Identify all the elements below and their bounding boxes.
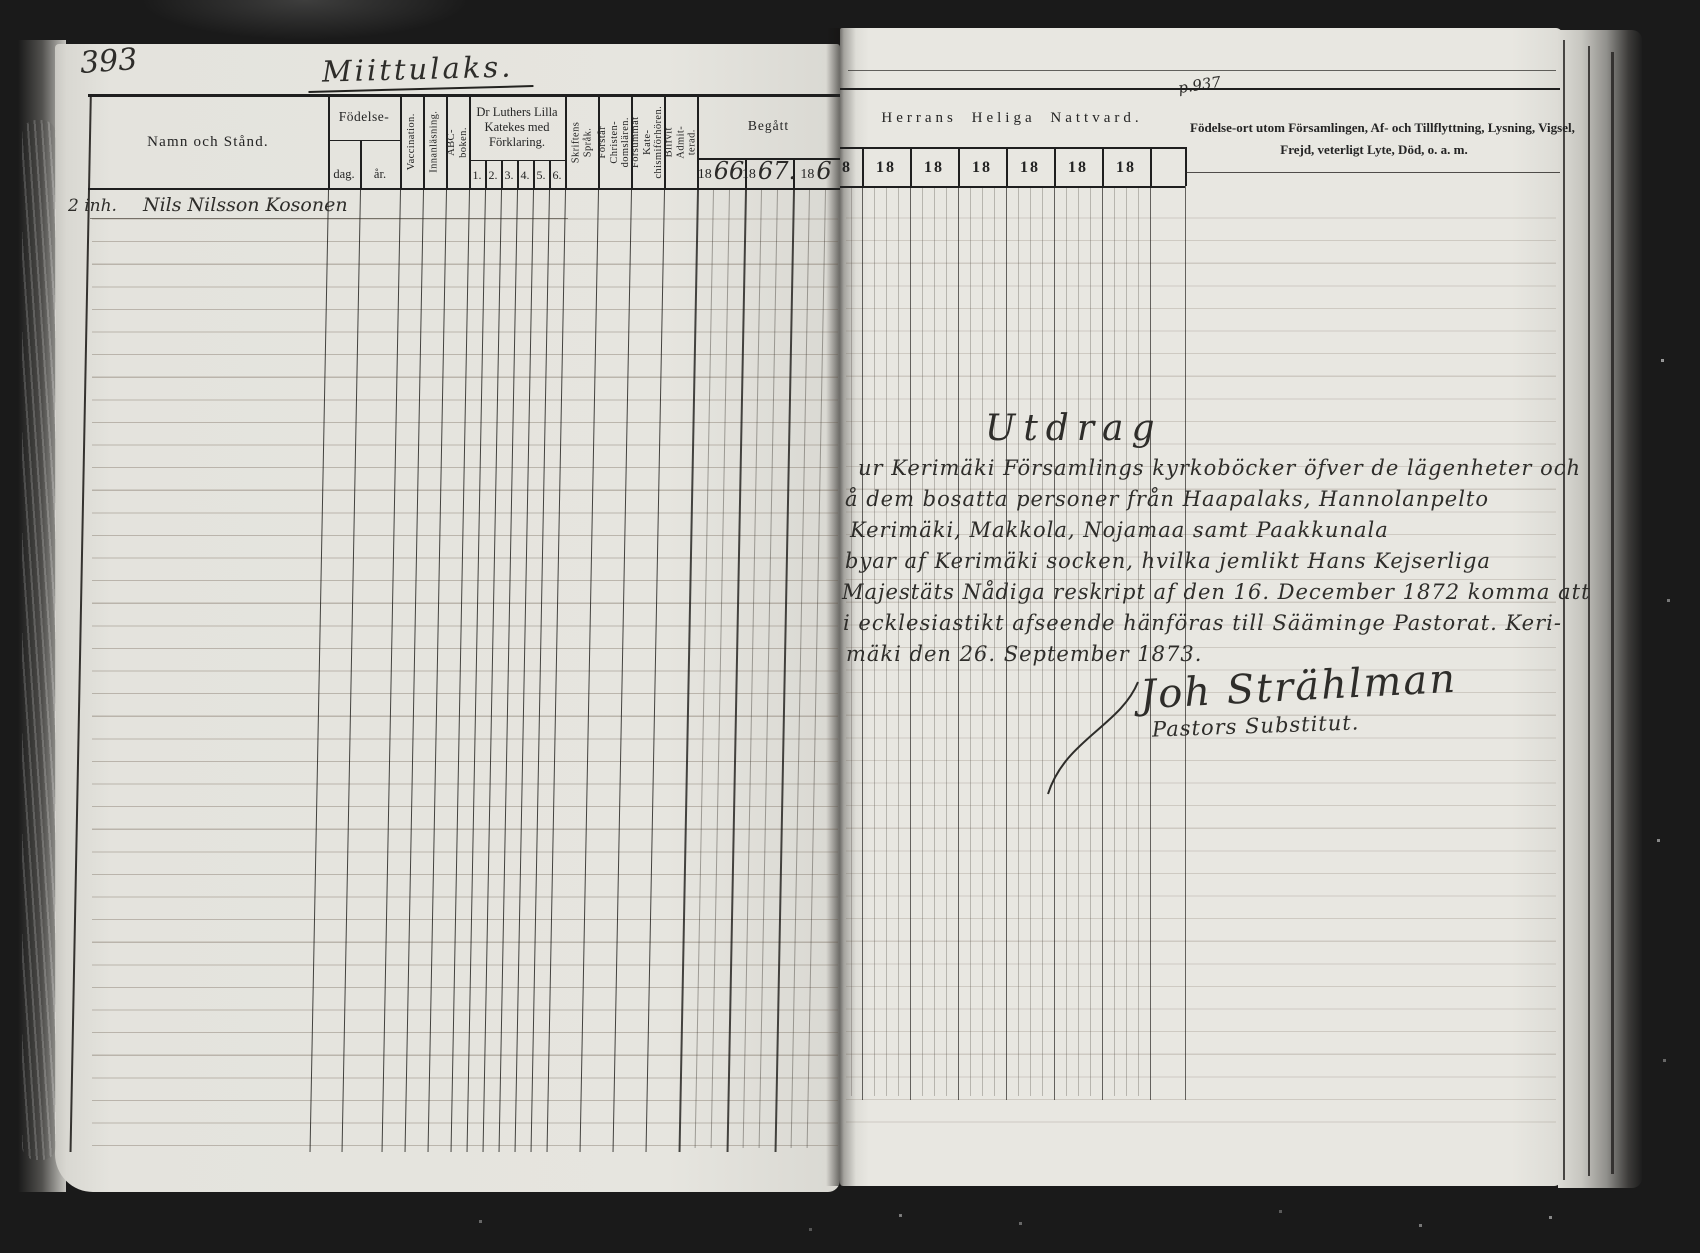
dust-specks-right [1662,360,1663,361]
page-stack-line [1563,40,1565,1180]
communion-year-cell: 1866 [697,159,745,188]
page-stack-edge [1558,30,1642,1188]
manuscript-line: i ecklesiastikt afseende hänföras till S… [843,611,1562,635]
column-header-vaccination: Vaccination. [400,94,423,190]
nattvard-year-cell: 18 [1054,151,1102,185]
year-printed: 18 [742,167,756,183]
catechism-col-label: 5. [533,162,549,188]
year-handwritten: 66 [714,157,745,185]
register-entry-row: 2 inh.Nils Nilsson Kosonen [68,194,348,216]
column-header-understands: Förstår Christen- domslären. [598,94,631,190]
catechism-line2: Katekes med [485,120,550,135]
spine-texture [22,120,56,1160]
catechism-col-label: 6. [549,162,565,188]
column-header-name: Namn och Stånd. [88,94,328,190]
column-header-communion-right: Herrans Heliga Nattvard. [862,92,1162,144]
nattvard-year-cell: 18 [958,151,1006,185]
nattvard-year-cell: 18 [1102,151,1150,185]
communion-year-cell: 1867. [745,159,793,188]
manuscript-line: byar af Kerimäki socken, hvilka jemlikt … [845,549,1491,573]
column-header-understands-label: Förstår Christen- domslären. [597,117,632,167]
column-header-communion-group: Begått [697,94,840,158]
column-header-birth-group: Födelse- [328,94,400,140]
column-header-missed-label: Försummat Kate- chismiförhören. [630,106,665,179]
year-handwritten: 6 [816,157,831,185]
catechism-col-label: 1. [469,162,485,188]
entry-name: Nils Nilsson Kosonen [143,194,348,216]
catechism-col-label: 4. [517,162,533,188]
grid-line [840,88,1560,90]
grid-line [1185,172,1560,173]
manuscript-line: mäki den 26. September 1873. [846,642,1202,666]
manuscript-line: ur Kerimäki Församlings kyrkoböcker öfve… [858,456,1581,480]
column-header-abc-book-label: ABC-boken. [446,127,469,158]
grid-line [848,70,1556,71]
dust-specks [900,1215,901,1216]
column-header-scripture: Skriftens Språk. [565,94,598,190]
photo-smudge [140,0,470,40]
column-header-birth-day: dag. [328,140,360,190]
column-header-reading: Innanläsning. [423,94,446,190]
page-number-left: 393 [79,42,139,81]
manuscript-title: Utdrag [985,408,1163,449]
column-header-vaccination-label: Vaccination. [406,114,418,171]
village-heading: Miittulaks. [308,49,534,93]
notes-header-line2: Frejd, veterligt Lyte, Död, o. a. m. [1190,139,1558,161]
entry-underline [90,218,568,219]
communion-year-cell: 186 [793,159,839,188]
nattvard-year-cell: 18 [862,151,910,185]
manuscript-line: Majestäts Nådiga reskript af den 16. Dec… [842,580,1591,604]
manuscript-line: å dem bosatta personer från Haapalaks, H… [845,487,1489,511]
column-header-missed-catechism: Försummat Kate- chismiförhören. [631,94,664,190]
nattvard-year-cell: 8 [840,151,862,185]
manuscript-line: Kerimäki, Makkola, Nojamaa samt Paakkuna… [850,518,1389,542]
column-header-admitted: Blifvit Admit- terad. [664,94,697,190]
catechism-col-label: 3. [501,162,517,188]
column-header-catechism-group: Dr Luthers Lilla Katekes med Förklaring. [469,94,565,160]
signature-flourish [1010,668,1180,808]
entry-prefix: 2 inh. [68,196,117,216]
year-handwritten: 67. [758,157,796,185]
page-stack-line [1588,46,1590,1176]
year-printed: 18 [800,167,814,183]
column-header-admitted-label: Blifvit Admit- terad. [663,126,698,159]
catechism-col-label: 2. [485,162,501,188]
grid-line [840,147,1185,149]
nattvard-year-cell: 18 [910,151,958,185]
column-header-birth-year: år. [360,140,400,190]
column-header-abc-book: ABC-boken. [446,94,469,190]
page-stack-line [1611,52,1614,1174]
catechism-line1: Dr Luthers Lilla [476,105,557,120]
left-page-ruled-lines [92,197,838,1149]
notes-column-header: Födelse-ort utom Församlingen, Af- och T… [1190,117,1558,161]
year-printed: 18 [698,167,712,183]
nattvard-year-cell: 18 [1006,151,1054,185]
column-header-reading-label: Innanläsning. [429,111,441,173]
scanned-book-spread: 393 Miittulaks. p.937 Namn och Stånd. Fö… [0,0,1700,1253]
column-header-scripture-label: Skriftens Språk. [570,121,593,163]
grid-line [840,186,1185,188]
catechism-line3: Förklaring. [489,135,545,150]
notes-header-line1: Födelse-ort utom Församlingen, Af- och T… [1190,117,1558,139]
